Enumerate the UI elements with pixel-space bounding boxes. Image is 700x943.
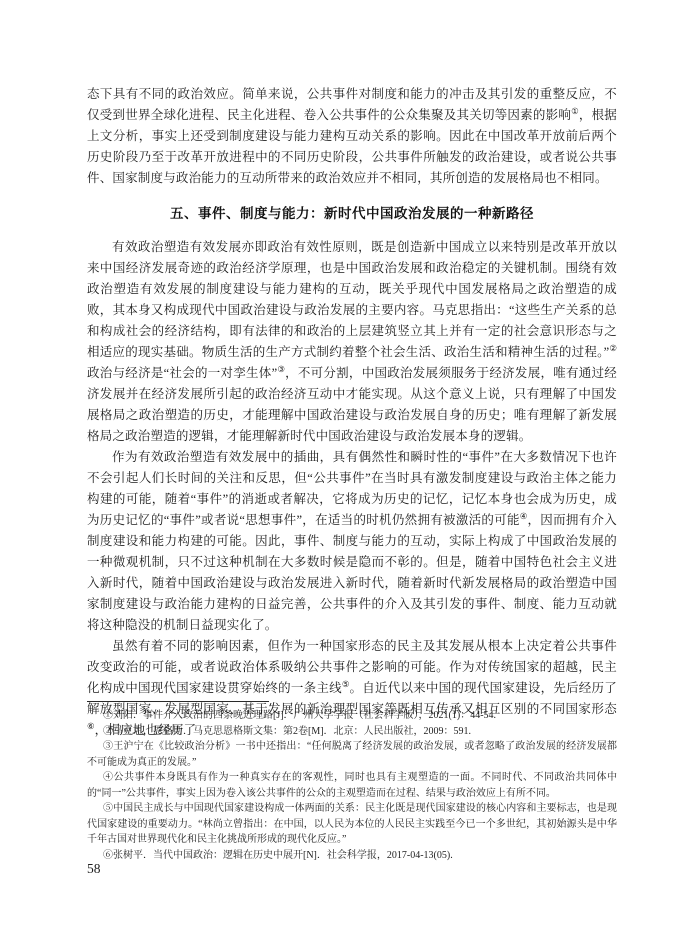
body-paragraph-3: 作为有效政治塑造有效发展中的插曲，具有偶然性和瞬时性的“事件”在大多数情况下也许…: [87, 447, 617, 636]
page-number: 58: [87, 861, 101, 877]
document-page: 态下具有不同的政治效应。简单来说，公共事件对制度和能力的冲击及其引发的重整反应，…: [0, 0, 700, 943]
footnote-ref-4: ④: [520, 511, 528, 521]
footnote-item-5: ⑤中国民主成长与中国现代国家建设构成一体两面的关系：民主化既是现代国家建设的核心…: [87, 801, 617, 848]
body-paragraph-2: 有效政治塑造有效发展亦即政治有效性原则，既是创造新中国成立以来特别是改革开放以来…: [87, 237, 617, 447]
body-paragraph-1: 态下具有不同的政治效应。简单来说，公共事件对制度和能力的冲击及其引发的重整反应，…: [87, 84, 617, 189]
footnote-item-4: ④公共事件本身既具有作为一种真实存在的客观性，同时也具有主观塑造的一面。不同时代…: [87, 770, 617, 801]
paragraph-text: 有效政治塑造有效发展亦即政治有效性原则，既是创造新中国成立以来特别是改革开放以来…: [87, 240, 617, 359]
paragraph-text: ，因而拥有介入制度建设和能力构建的可能。因此，事件、制度与能力的互动，实际上构成…: [87, 513, 617, 632]
paragraph-text: 态下具有不同的政治效应。简单来说，公共事件对制度和能力的冲击及其引发的重整反应，…: [87, 87, 617, 122]
footnote-ref-1: ①: [571, 106, 579, 116]
paragraph-text: 政治与经济是“社会的一对孪生体”: [87, 366, 277, 380]
footnote-item-3: ③王沪宁在《比较政治分析》一书中还指出：“任何脱离了经济发展的政治发展，或者忽略…: [87, 739, 617, 770]
footnote-ref-3: ③: [277, 364, 285, 374]
footnote-ref-2: ②: [609, 343, 617, 353]
article-body: 态下具有不同的政治效应。简单来说，公共事件对制度和能力的冲击及其引发的重整反应，…: [87, 84, 617, 741]
footnote-item-1: ①刘阳．事件介入政治的四条晚近理路[J]．广州大学学报（社会科学版），2021(…: [87, 708, 617, 724]
footnote-separator: [87, 701, 269, 702]
footnote-item-6: ⑥张树平．当代中国政治：逻辑在历史中展开[N]．社会科学报，2017-04-13…: [87, 848, 617, 864]
section-heading: 五、事件、制度与能力：新时代中国政治发展的一种新路径: [87, 204, 617, 224]
footnote-section: ①刘阳．事件介入政治的四条晚近理路[J]．广州大学学报（社会科学版），2021(…: [87, 701, 617, 863]
footnote-item-2: ②马克思，恩格斯．马克思恩格斯文集：第2卷[M]．北京：人民出版社，2009：5…: [87, 724, 617, 740]
